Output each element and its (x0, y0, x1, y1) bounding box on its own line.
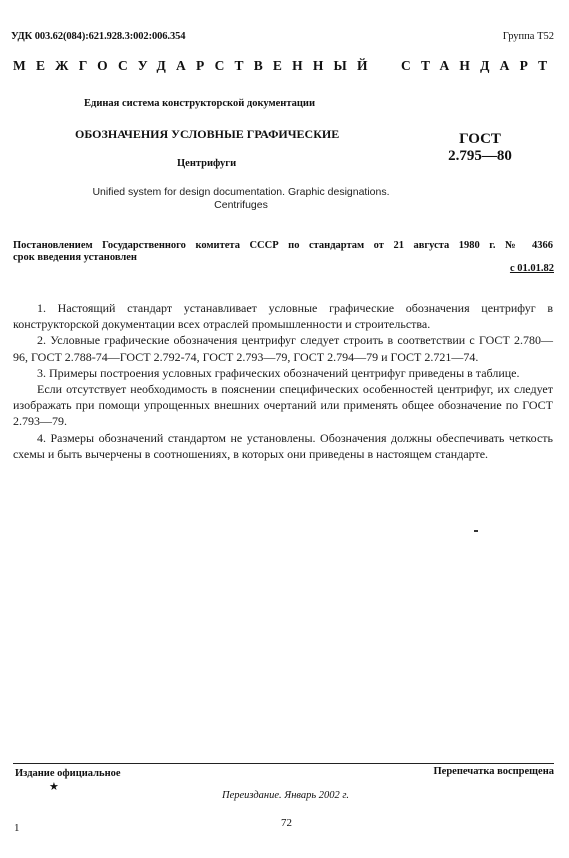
gost-designation: ГОСТ 2.795—80 (420, 131, 540, 165)
gost-label: ГОСТ (420, 131, 540, 148)
body-text: 1. Настоящий стандарт устанавливает усло… (13, 300, 553, 462)
english-title: Unified system for design documentation.… (56, 186, 426, 212)
document-title: ОБОЗНАЧЕНИЯ УСЛОВНЫЕ ГРАФИЧЕСКИЕ (75, 127, 339, 142)
system-name: Единая система конструкторской документа… (84, 98, 315, 109)
sheet-number: 1 (14, 822, 20, 834)
page-number: 72 (281, 817, 292, 829)
gost-number: 2.795—80 (420, 148, 540, 165)
footer-divider (13, 763, 554, 764)
effective-date: с 01.01.82 (510, 263, 554, 274)
banner-interstate: МЕЖГОСУДАРСТВЕННЫЙ (13, 58, 378, 74)
english-title-line1: Unified system for design documentation.… (56, 186, 426, 199)
decree-line: Постановлением Государственного комитета… (13, 240, 553, 252)
paragraph: Если отсутствует необходимость в пояснен… (13, 381, 553, 430)
star-icon: ★ (49, 780, 59, 793)
document-subtitle: Центрифуги (177, 158, 236, 169)
scan-artifact-mark (474, 530, 478, 532)
reprint-prohibited: Перепечатка воспрещена (434, 766, 554, 777)
banner-standard: СТАНДАРТ (401, 58, 557, 74)
paragraph: 3. Примеры построения условных графическ… (13, 365, 553, 381)
paragraph: 1. Настоящий стандарт устанавливает усло… (13, 300, 553, 332)
paragraph: 4. Размеры обозначений стандартом не уст… (13, 430, 553, 462)
decree-effective-label: срок введения установлен (13, 252, 137, 263)
group-code: Группа Т52 (503, 31, 554, 42)
reissue-note: Переиздание. Январь 2002 г. (222, 790, 349, 801)
official-edition: Издание официальное (15, 768, 121, 779)
paragraph: 2. Условные графические обозначения цент… (13, 332, 553, 364)
english-title-line2: Centrifuges (56, 199, 426, 212)
udk-code: УДК 003.62(084):621.928.3:002:006.354 (11, 31, 185, 42)
